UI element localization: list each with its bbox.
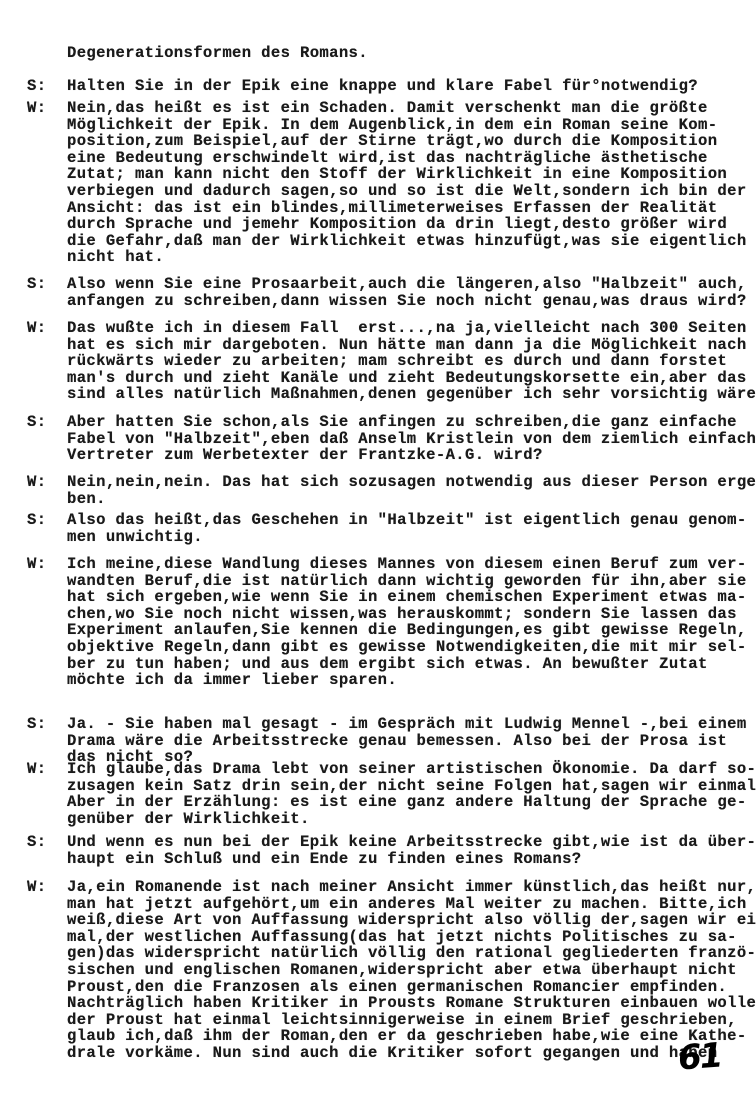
paragraph-body: Nein,nein,nein. Das hat sich sozusagen n… [67,474,747,507]
text-line: Ich glaube,das Drama lebt von seiner art… [67,761,747,778]
text-line: Also wenn Sie eine Prosaarbeit,auch die … [67,276,747,293]
text-line: ben. [67,491,747,508]
text-line: glaub ich,daß ihm der Roman,den er da ge… [67,1028,747,1045]
text-line: der Proust hat einmal leichtsinnigerweis… [67,1012,747,1029]
text-line: man's durch und zieht Kanäle und zieht B… [67,370,747,387]
paragraph-body: Ich glaube,das Drama lebt von seiner art… [67,761,747,827]
answer-paragraph: W:Ich glaube,das Drama lebt von seiner a… [27,761,747,827]
text-line: die Gefahr,daß man der Wirklichkeit etwa… [67,233,747,250]
text-line: Zutat; man kann nicht den Stoff der Wirk… [67,166,747,183]
text-line: Drama wäre die Arbeitsstrecke genau beme… [67,733,747,750]
text-line: Proust,den die Franzosen als einen germa… [67,979,747,996]
question-paragraph: S:Also wenn Sie eine Prosaarbeit,auch di… [27,276,747,309]
text-line: nicht hat. [67,249,747,266]
text-line: weiß,diese Art von Auffassung widerspric… [67,912,747,929]
text-line: durch Sprache und jemehr Komposition da … [67,216,747,233]
answer-paragraph: W:Ich meine,diese Wandlung dieses Mannes… [27,556,747,689]
speaker-label: S: [27,834,61,851]
question-paragraph: S:Aber hatten Sie schon,als Sie anfingen… [27,414,747,464]
speaker-label: W: [27,320,61,337]
text-line: Das wußte ich in diesem Fall erst...,na … [67,320,747,337]
answer-paragraph: W:Nein,das heißt es ist ein Schaden. Dam… [27,100,747,266]
text-line: Ich meine,diese Wandlung dieses Mannes v… [67,556,747,573]
speaker-label: W: [27,474,61,491]
intro-line: Degenerationsformen des Romans. [27,45,747,62]
answer-paragraph: W:Nein,nein,nein. Das hat sich sozusagen… [27,474,747,507]
text-line: hat sich ergeben,wie wenn Sie in einem c… [67,589,747,606]
text-line: Ja,ein Romanende ist nach meiner Ansicht… [67,879,747,896]
paragraph-body: Halten Sie in der Epik eine knappe und k… [67,78,747,95]
speaker-label: S: [27,512,61,529]
typewritten-page: Degenerationsformen des Romans. S:Halten… [0,0,756,1095]
text-line: rückwärts wieder zu arbeiten; mam schrei… [67,353,747,370]
text-line: sischen und englischen Romanen,widerspri… [67,962,747,979]
text-line: Nein,das heißt es ist ein Schaden. Damit… [67,100,747,117]
text-line: mal,der westlichen Auffassung(das hat je… [67,929,747,946]
text-line: Aber in der Erzählung: es ist eine ganz … [67,794,747,811]
paragraph-body: Ich meine,diese Wandlung dieses Mannes v… [67,556,747,689]
speaker-label: S: [27,276,61,293]
speaker-label: W: [27,100,61,117]
text-line: Fabel von "Halbzeit",eben daß Anselm Kri… [67,431,747,448]
text-line: anfangen zu schreiben,dann wissen Sie no… [67,293,747,310]
text-line: zusagen kein Satz drin sein,der nicht se… [67,778,747,795]
text-line: Also das heißt,das Geschehen in "Halbzei… [67,512,747,529]
text-line: chen,wo Sie noch nicht wissen,was heraus… [67,606,747,623]
text-line: verbiegen und dadurch sagen,so und so is… [67,183,747,200]
question-paragraph: S:Also das heißt,das Geschehen in "Halbz… [27,512,747,545]
answer-paragraph: W:Das wußte ich in diesem Fall erst...,n… [27,320,747,403]
question-paragraph: S:Halten Sie in der Epik eine knappe und… [27,78,747,95]
speaker-label: W: [27,761,61,778]
text-line: Nein,nein,nein. Das hat sich sozusagen n… [67,474,747,491]
paragraph-body: Aber hatten Sie schon,als Sie anfingen z… [67,414,747,464]
text-line: Experiment anlaufen,Sie kennen die Bedin… [67,622,747,639]
paragraph-body: Nein,das heißt es ist ein Schaden. Damit… [67,100,747,266]
text-line: Möglichkeit der Epik. In dem Augenblick,… [67,117,747,134]
speaker-label: S: [27,414,61,431]
speaker-label: W: [27,556,61,573]
paragraph-body: Ja. - Sie haben mal gesagt - im Gespräch… [67,716,747,766]
paragraph-body: Das wußte ich in diesem Fall erst...,na … [67,320,747,403]
text-line: eine Bedeutung erschwindelt wird,ist das… [67,150,747,167]
text-line: genüber der Wirklichkeit. [67,811,747,828]
text-line: Aber hatten Sie schon,als Sie anfingen z… [67,414,747,431]
text-line: Ansicht: das ist ein blindes,millimeterw… [67,200,747,217]
text-line: objektive Regeln,dann gibt es gewisse No… [67,639,747,656]
answer-paragraph: W:Ja,ein Romanende ist nach meiner Ansic… [27,879,747,1062]
paragraph-body: Ja,ein Romanende ist nach meiner Ansicht… [67,879,747,1062]
text-line: gen)das widerspricht natürlich völlig de… [67,945,747,962]
text-line: men unwichtig. [67,529,747,546]
speaker-label: S: [27,716,61,733]
text-line: Halten Sie in der Epik eine knappe und k… [67,78,747,95]
text-line: sind alles natürlich Maßnahmen,denen geg… [67,386,747,403]
text-line: hat es sich mir dargeboten. Nun hätte ma… [67,337,747,354]
text-line: wandten Beruf,die ist natürlich dann wic… [67,573,747,590]
text-line: Vertreter zum Werbetexter der Frantzke-A… [67,447,747,464]
handwritten-page-number: 61 [677,1036,723,1079]
text-line: Und wenn es nun bei der Epik keine Arbei… [67,834,747,851]
text-line: drale vorkäme. Nun sind auch die Kritike… [67,1045,747,1062]
intro-text: Degenerationsformen des Romans. [67,45,747,62]
question-paragraph: S:Ja. - Sie haben mal gesagt - im Gesprä… [27,716,747,766]
paragraph-body: Und wenn es nun bei der Epik keine Arbei… [67,834,747,867]
paragraph-body: Also wenn Sie eine Prosaarbeit,auch die … [67,276,747,309]
text-line: position,zum Beispiel,auf der Stirne trä… [67,133,747,150]
text-line: ber zu tun haben; und aus dem ergibt sic… [67,656,747,673]
question-paragraph: S:Und wenn es nun bei der Epik keine Arb… [27,834,747,867]
text-line: haupt ein Schluß und ein Ende zu finden … [67,851,747,868]
paragraph-body: Also das heißt,das Geschehen in "Halbzei… [67,512,747,545]
text-line: Ja. - Sie haben mal gesagt - im Gespräch… [67,716,747,733]
speaker-label: W: [27,879,61,896]
text-line: möchte ich da immer lieber sparen. [67,672,747,689]
text-line: Nachträglich haben Kritiker in Prousts R… [67,995,747,1012]
text-line: man hat jetzt aufgehört,um ein anderes M… [67,896,747,913]
speaker-label: S: [27,78,61,95]
